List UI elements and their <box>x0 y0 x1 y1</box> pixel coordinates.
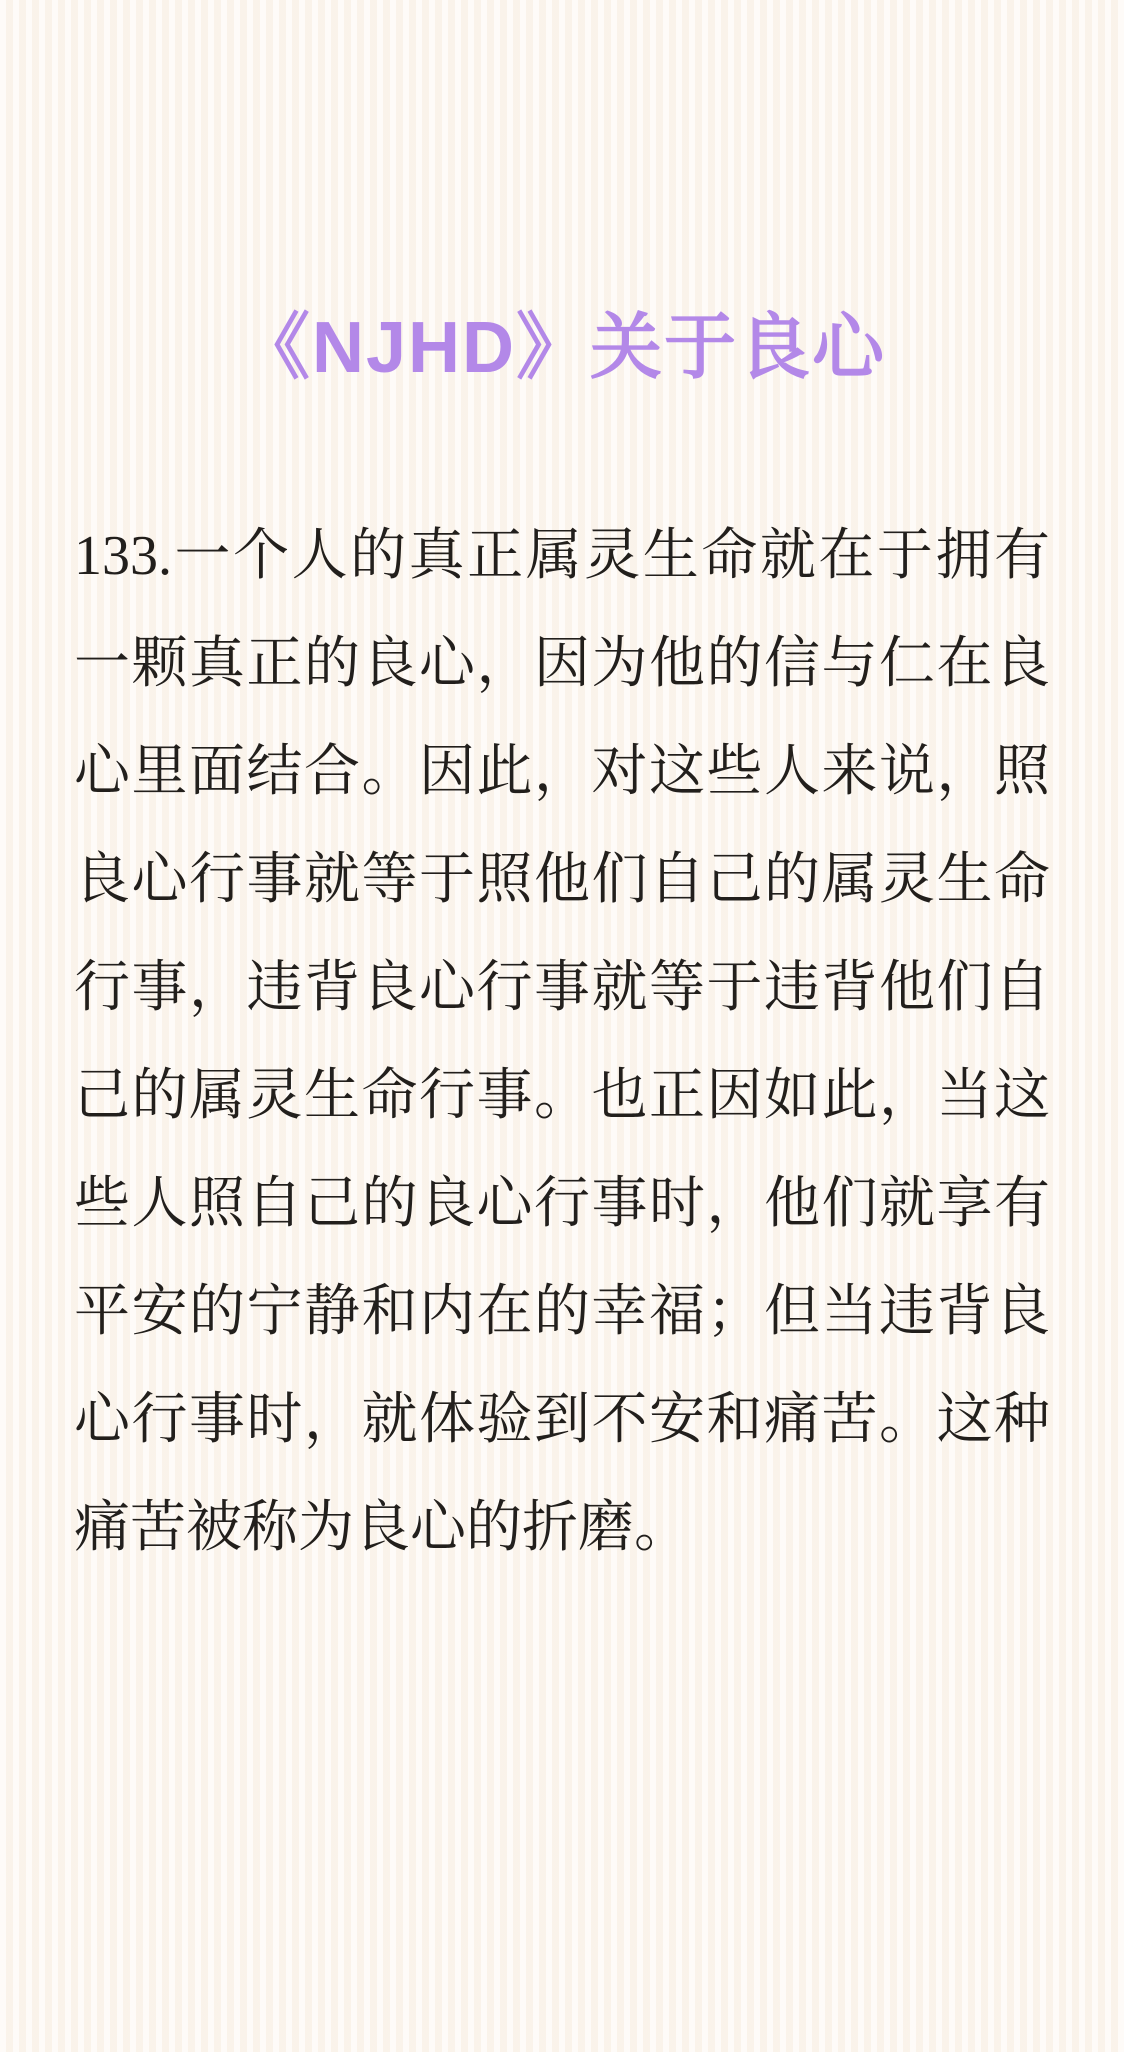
body-line: 己的属灵生命行事。也正因如此，当这 <box>74 1042 1050 1150</box>
body-line: 痛苦被称为良心的折磨。 <box>74 1474 1050 1582</box>
card-body-paragraph: 133.一个人的真正属灵生命就在于拥有 一颗真正的良心，因为他的信与仁在良 心里… <box>74 502 1050 1582</box>
card-title: 《NJHD》关于良心 <box>0 306 1124 390</box>
body-line: 良心行事就等于照他们自己的属灵生命 <box>74 826 1050 934</box>
body-line: 平安的宁静和内在的幸福；但当违背良 <box>74 1258 1050 1366</box>
body-line: 心行事时，就体验到不安和痛苦。这种 <box>74 1366 1050 1474</box>
body-line: 一颗真正的良心，因为他的信与仁在良 <box>74 610 1050 718</box>
body-line: 133.一个人的真正属灵生命就在于拥有 <box>74 502 1050 610</box>
text-card: 《NJHD》关于良心 133.一个人的真正属灵生命就在于拥有 一颗真正的良心，因… <box>0 0 1124 2052</box>
body-line: 些人照自己的良心行事时，他们就享有 <box>74 1150 1050 1258</box>
body-line: 心里面结合。因此，对这些人来说，照 <box>74 718 1050 826</box>
body-line: 行事，违背良心行事就等于违背他们自 <box>74 934 1050 1042</box>
